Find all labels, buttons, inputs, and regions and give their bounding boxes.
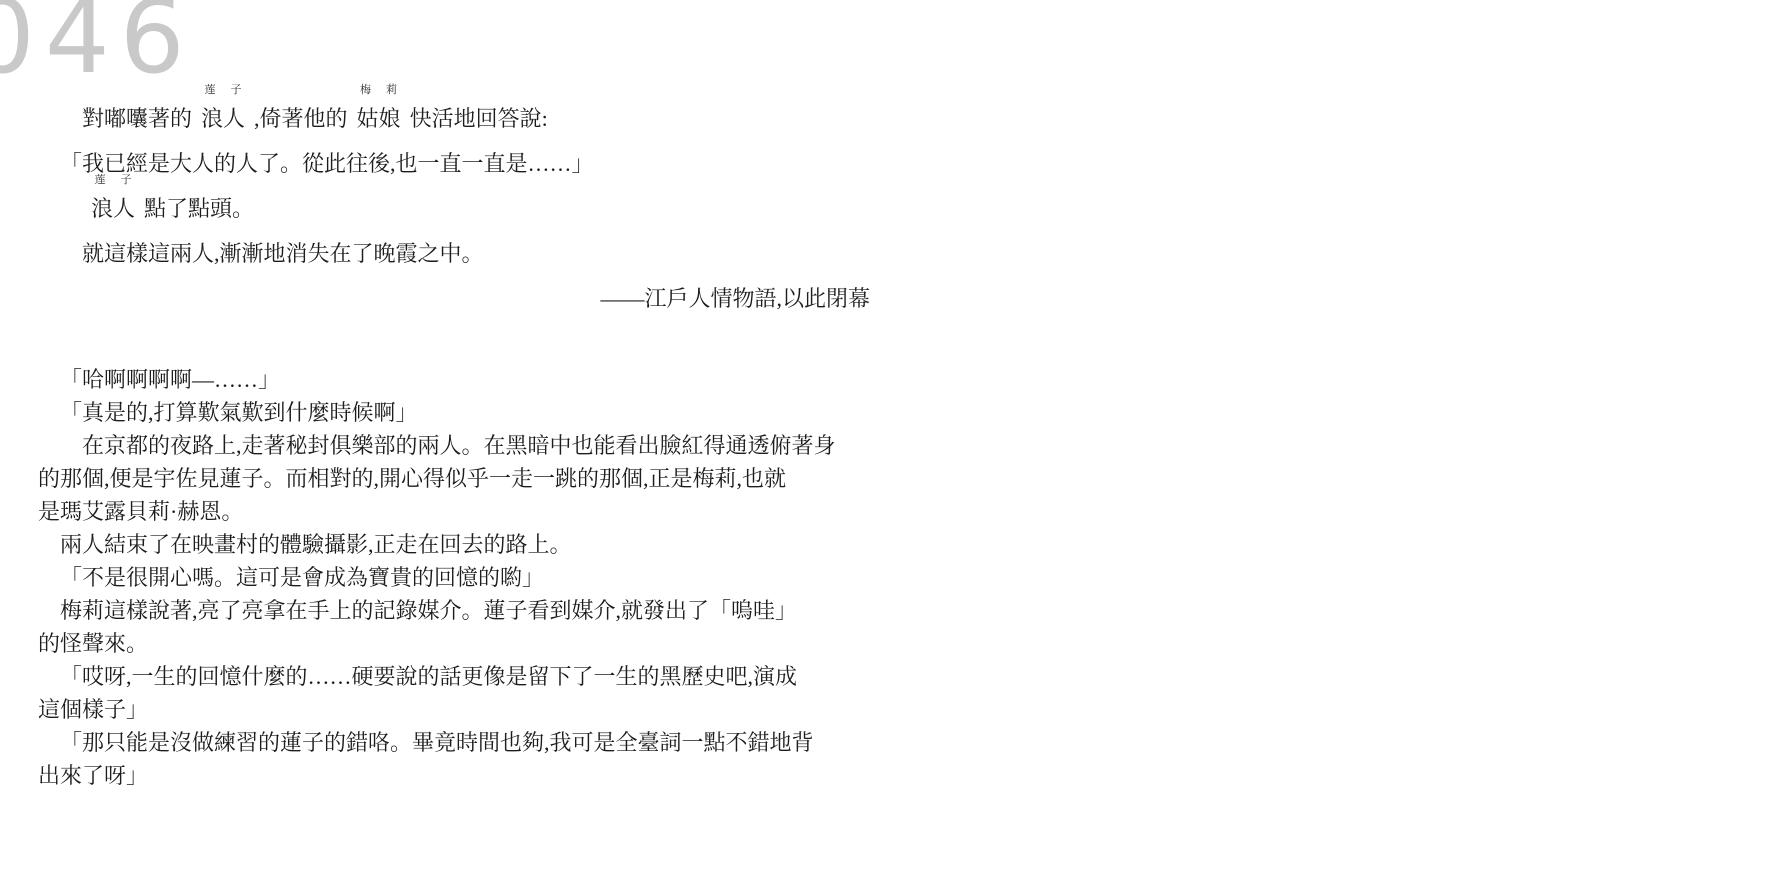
left-intro-lines: 對嘟囔著的莲子浪人,倚著他的梅莉姑娘快活地回答說:「我已經是大人的人了。從此往後… — [38, 96, 870, 321]
ruby-text: 莲子 — [197, 85, 249, 96]
text-line: 「不是很開心嗎。這可是會成為寶貴的回憶的喲」 — [38, 561, 870, 594]
text-line: 就這樣這兩人,漸漸地消失在了晚霞之中。 — [38, 231, 870, 276]
left-page: 046 對嘟囔著的莲子浪人,倚著他的梅莉姑娘快活地回答說:「我已經是大人的人了。… — [0, 0, 886, 886]
text-line: 梅莉這樣說著,亮了亮拿在手上的記錄媒介。蓮子看到媒介,就發出了「嗚哇」 — [38, 594, 870, 627]
ruby-word: 莲子浪人 — [201, 96, 245, 141]
text-line: ——江戶人情物語,以此閉幕 — [38, 276, 870, 321]
text-line: 「哈啊啊啊啊—……」 — [38, 363, 870, 396]
ruby-word: 莲子浪人 — [91, 186, 135, 231]
text-line: 的怪聲來。 — [38, 627, 870, 660]
text-line: 「那只能是沒做練習的蓮子的錯咯。畢竟時間也夠,我可是全臺詞一點不錯地背 — [38, 726, 870, 759]
text-line: 「我已經是大人的人了。從此往後,也一直一直是……」 — [38, 141, 870, 186]
text-line: 莲子浪人點了點頭。 — [38, 186, 870, 231]
ruby-base: 姑娘 — [357, 106, 401, 131]
text-line: 對嘟囔著的莲子浪人,倚著他的梅莉姑娘快活地回答說: — [38, 96, 870, 141]
left-text-column: 對嘟囔著的莲子浪人,倚著他的梅莉姑娘快活地回答說:「我已經是大人的人了。從此往後… — [38, 96, 870, 792]
text-line: 的那個,便是宇佐見蓮子。而相對的,開心得似乎一走一跳的那個,正是梅莉,也就 — [38, 462, 870, 495]
ruby-base: 浪人 — [201, 106, 245, 131]
left-body-lines: 「哈啊啊啊啊—……」「真是的,打算歎氣歎到什麼時候啊」在京都的夜路上,走著秘封俱… — [38, 363, 870, 792]
text-line: 是瑪艾露貝莉·赫恩。 — [38, 495, 870, 528]
ruby-text: 莲子 — [87, 175, 139, 186]
page-number: 046 — [0, 0, 195, 97]
book-spread: { "page_number": "046", "left_page": { "… — [0, 0, 1772, 886]
ruby-text: 梅莉 — [353, 85, 405, 96]
text-line: 這個樣子」 — [38, 693, 870, 726]
text-line: 兩人結束了在映畫村的體驗攝影,正走在回去的路上。 — [38, 528, 870, 561]
ruby-word: 梅莉姑娘 — [357, 96, 401, 141]
text-line: 出來了呀」 — [38, 759, 870, 792]
text-line: 在京都的夜路上,走著秘封俱樂部的兩人。在黑暗中也能看出臉紅得通透俯著身 — [38, 429, 870, 462]
text-line: 「真是的,打算歎氣歎到什麼時候啊」 — [38, 396, 870, 429]
text-line: 「哎呀,一生的回憶什麼的……硬要說的話更像是留下了一生的黑歷史吧,演成 — [38, 660, 870, 693]
ruby-base: 浪人 — [91, 196, 135, 221]
right-page: 重複著的一來一回。蓮子這道心傷估計暫時是癒合不了了吧。並且,梅莉說的話也占著道理… — [886, 0, 1772, 886]
